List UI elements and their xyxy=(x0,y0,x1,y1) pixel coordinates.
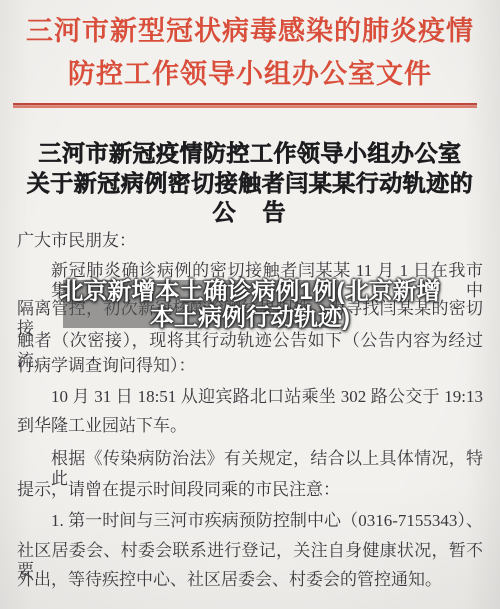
document-title-line-1: 三河市新冠疫情防控工作领导小组办公室 xyxy=(0,135,500,168)
letterhead-line-2: 防控工作领导小组办公室文件 xyxy=(0,52,500,91)
body-text-line: 10 月 31 日 18:51 从迎宾路北口站乘坐 302 路公交于 19:13 xyxy=(17,387,483,407)
red-divider-line xyxy=(13,103,477,108)
salutation: 广大市民朋友： xyxy=(17,231,483,251)
body-text-line: 到华隆工业园站下车。 xyxy=(17,416,483,436)
caption-line-1: 北京新增本土确诊病例1例(北京新增 xyxy=(0,279,500,305)
body-text-line: 1. 第一时间与三河市疾病预防控制中心（0316-7155343）、 xyxy=(17,511,483,531)
scanned-document-page: 三河市新型冠状病毒感染的肺炎疫情 防控工作领导小组办公室文件 三河市新冠疫情防控… xyxy=(0,0,500,609)
body-text-line: 行病学调查询问得知）： xyxy=(17,356,483,376)
body-text-line: 外出，等待疾控中心、社区居委会、村委会的管控通知。 xyxy=(17,570,483,590)
body-text-line: 提示，请曾在提示时间段同乘的市民注意： xyxy=(17,480,483,500)
letterhead-line-1: 三河市新型冠状病毒感染的肺炎疫情 xyxy=(0,9,500,48)
caption-line-2: 本土病例行动轨迹) xyxy=(0,305,500,331)
document-title-line-3: 公 告 xyxy=(0,194,500,227)
caption-overlay: 北京新增本土确诊病例1例(北京新增 本土病例行动轨迹) xyxy=(0,279,500,331)
